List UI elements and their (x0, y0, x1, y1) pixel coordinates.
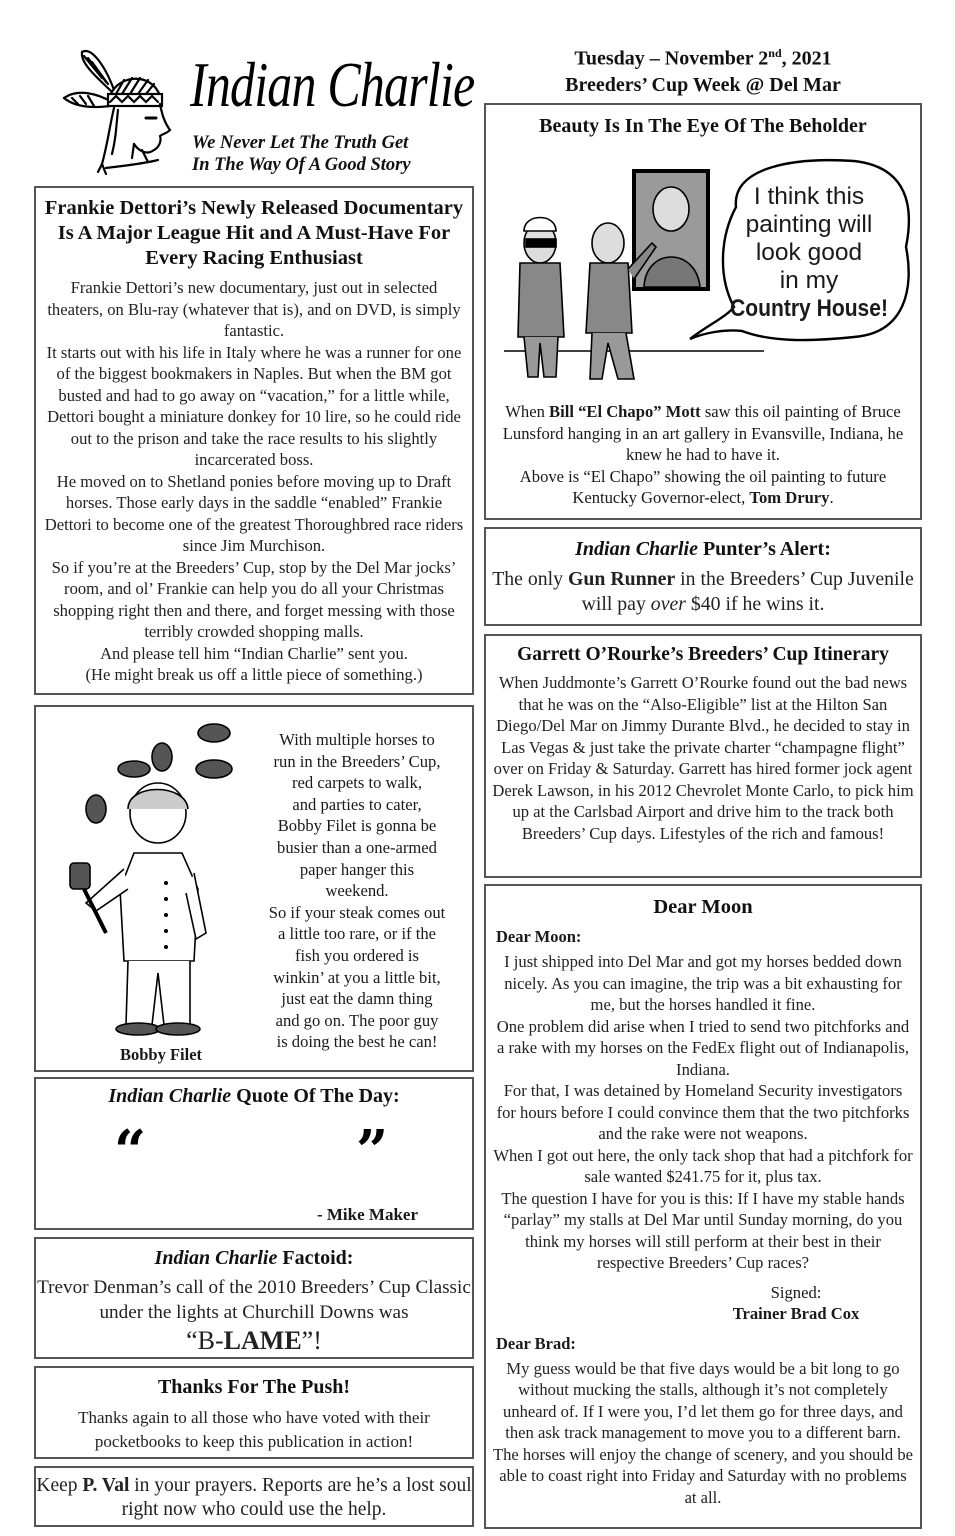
garrett-itinerary-article: Garrett O’Rourke’s Breeders’ Cup Itinera… (484, 634, 922, 878)
thanks-for-the-push: Thanks For The Push! Thanks again to all… (34, 1366, 474, 1459)
punter-text: The only Gun Runner in the Breeders’ Cup… (486, 567, 920, 617)
beauty-article: Beauty Is In The Eye Of The Beholder I t… (484, 103, 922, 520)
text-line: fish you ordered is (250, 945, 464, 967)
bubble-line: look good (714, 239, 904, 267)
punch-close: ”! (302, 1326, 322, 1355)
quote-attribution: - Mike Maker (317, 1205, 418, 1225)
heading-italic: Indian Charlie (575, 538, 698, 560)
thanks-heading: Thanks For The Push! (36, 1374, 472, 1400)
horse-name: Gun Runner (568, 568, 675, 590)
illustration-caption: Bobby Filet (96, 1045, 226, 1065)
heading-italic: Indian Charlie (155, 1247, 278, 1269)
article-headline: Beauty Is In The Eye Of The Beholder (486, 115, 920, 138)
text-end: . (829, 488, 833, 507)
letter-body: I just shipped into Del Mar and got my h… (486, 951, 920, 1274)
masthead-tagline: We Never Let The Truth Get In The Way Of… (192, 132, 411, 176)
paragraph: So if you’re at the Breeders’ Cup, stop … (44, 557, 464, 643)
paragraph: It starts out with his life in Italy whe… (44, 342, 464, 471)
date-suffix: nd (768, 46, 781, 60)
person-name: P. Val (82, 1475, 129, 1496)
text-line: run in the Breeders’ Cup, (250, 751, 464, 773)
date-day: Tuesday – November 2 (574, 48, 768, 70)
article-body: With multiple horses to run in the Breed… (250, 729, 464, 1053)
text-line: and parties to cater, (250, 794, 464, 816)
text-line: So if your steak comes out (250, 902, 464, 924)
text-line: and go on. The poor guy (250, 1010, 464, 1032)
factoid-heading: Indian Charlie Factoid: (36, 1245, 472, 1271)
text-line: just eat the damn thing (250, 988, 464, 1010)
bobby-filet-article: Bobby Filet With multiple horses to run … (34, 705, 474, 1072)
person-name: Bill “El Chapo” Mott (549, 402, 701, 421)
event-line: Breeders’ Cup Week @ Del Mar (484, 72, 922, 98)
column-heading: Dear Moon (486, 894, 920, 920)
signed-name: Trainer Brad Cox (686, 1303, 906, 1325)
paragraph: Above is “El Chapo” showing the oil pain… (492, 466, 914, 509)
date-line: Tuesday – November 2nd, 2021 (484, 40, 922, 72)
punter-heading: Indian Charlie Punter’s Alert: (486, 535, 920, 563)
paragraph: Frankie Dettori’s new documentary, just … (44, 277, 464, 342)
close-quote-icon: ” (356, 1121, 388, 1181)
text-post: $40 if he wins it. (686, 593, 824, 615)
text-line: Bobby Filet is gonna be (250, 815, 464, 837)
paragraph: For that, I was detained by Homeland Sec… (492, 1080, 914, 1145)
heading-rest: Factoid: (277, 1247, 353, 1269)
text-line: is doing the best he can! (250, 1031, 464, 1053)
masthead-title: Indian Charlie (190, 46, 474, 124)
text-line: a little too rare, or if the (250, 923, 464, 945)
factoid: Indian Charlie Factoid: Trevor Denman’s … (34, 1237, 474, 1359)
dateline: Tuesday – November 2nd, 2021 Breeders’ C… (484, 40, 922, 98)
letter-signature: Signed: Trainer Brad Cox (686, 1282, 906, 1325)
frankie-article: Frankie Dettori’s Newly Released Documen… (34, 186, 474, 695)
text-post: in your prayers. Reports are he’s a lost… (122, 1475, 472, 1520)
factoid-text: Trevor Denman’s call of the 2010 Breeder… (36, 1275, 472, 1325)
text-line: red carpets to walk, (250, 772, 464, 794)
article-headline: Garrett O’Rourke’s Breeders’ Cup Itinera… (486, 642, 920, 668)
quote-of-the-day: Indian Charlie Quote Of The Day: “ ” - M… (34, 1077, 474, 1230)
article-headline: Frankie Dettori’s Newly Released Documen… (44, 196, 464, 271)
text-italic: over (651, 593, 686, 615)
person-name: Tom Drury (749, 488, 829, 507)
tagline-line-1: We Never Let The Truth Get (192, 132, 411, 154)
pval-text: Keep P. Val in your prayers. Reports are… (36, 1474, 472, 1522)
factoid-punchline: “B-LAME”! (36, 1325, 472, 1357)
text-line: weekend. (250, 880, 464, 902)
paragraph: When I got out here, the only tack shop … (492, 1145, 914, 1188)
reply-salutation: Dear Brad: (486, 1333, 920, 1355)
text-pre: Keep (36, 1475, 82, 1496)
text-line: paper hanger this (250, 859, 464, 881)
punters-alert: Indian Charlie Punter’s Alert: The only … (484, 527, 922, 626)
pval-note: Keep P. Val in your prayers. Reports are… (34, 1466, 474, 1527)
article-body: When Juddmonte’s Garrett O’Rourke found … (486, 672, 920, 844)
article-body: When Bill “El Chapo” Mott saw this oil p… (492, 401, 914, 509)
punch-bold: LAME (224, 1326, 302, 1355)
chef-juggling-steaks-illustration (66, 713, 236, 1043)
text-pre: The only (492, 568, 568, 590)
tagline-line-2: In The Way Of A Good Story (192, 154, 411, 176)
dear-moon-column: Dear Moon Dear Moon: I just shipped into… (484, 884, 922, 1529)
open-quote-icon: “ (114, 1121, 146, 1181)
bubble-line: I think this (714, 183, 904, 211)
native-chief-head-icon (62, 38, 182, 180)
date-year: , 2021 (782, 48, 832, 70)
quote-heading: Indian Charlie Quote Of The Day: (36, 1085, 472, 1108)
bubble-line: in my (714, 267, 904, 295)
heading-rest: Quote Of The Day: (231, 1085, 400, 1107)
speech-bubble: I think this painting will look good in … (714, 183, 904, 323)
paragraph: I just shipped into Del Mar and got my h… (492, 951, 914, 1016)
text-line: busier than a one-armed (250, 837, 464, 859)
masthead: Indian Charlie We Never Let The Truth Ge… (40, 36, 480, 181)
paragraph: One problem did arise when I tried to se… (492, 1016, 914, 1081)
text-line: With multiple horses to (250, 729, 464, 751)
punch-open: “B- (186, 1326, 224, 1355)
paragraph: And please tell him “Indian Charlie” sen… (44, 643, 464, 665)
text-pre: When (505, 402, 549, 421)
letter-salutation: Dear Moon: (486, 926, 920, 948)
paragraph: When Bill “El Chapo” Mott saw this oil p… (492, 401, 914, 466)
text-line: winkin’ at you a little bit, (250, 967, 464, 989)
paragraph: (He might break us off a little piece of… (44, 664, 464, 686)
heading-italic: Indian Charlie (108, 1085, 231, 1107)
reply-body: My guess would be that five days would b… (486, 1358, 920, 1509)
thanks-text: Thanks again to all those who have voted… (36, 1406, 472, 1454)
bubble-line: painting will (714, 211, 904, 239)
paragraph: He moved on to Shetland ponies before mo… (44, 471, 464, 557)
heading-rest: Punter’s Alert: (698, 538, 831, 560)
article-body: Frankie Dettori’s new documentary, just … (44, 277, 464, 686)
paragraph: The question I have for you is this: If … (492, 1188, 914, 1274)
signed-label: Signed: (686, 1282, 906, 1304)
bubble-bold-line: Country House! (727, 295, 890, 323)
